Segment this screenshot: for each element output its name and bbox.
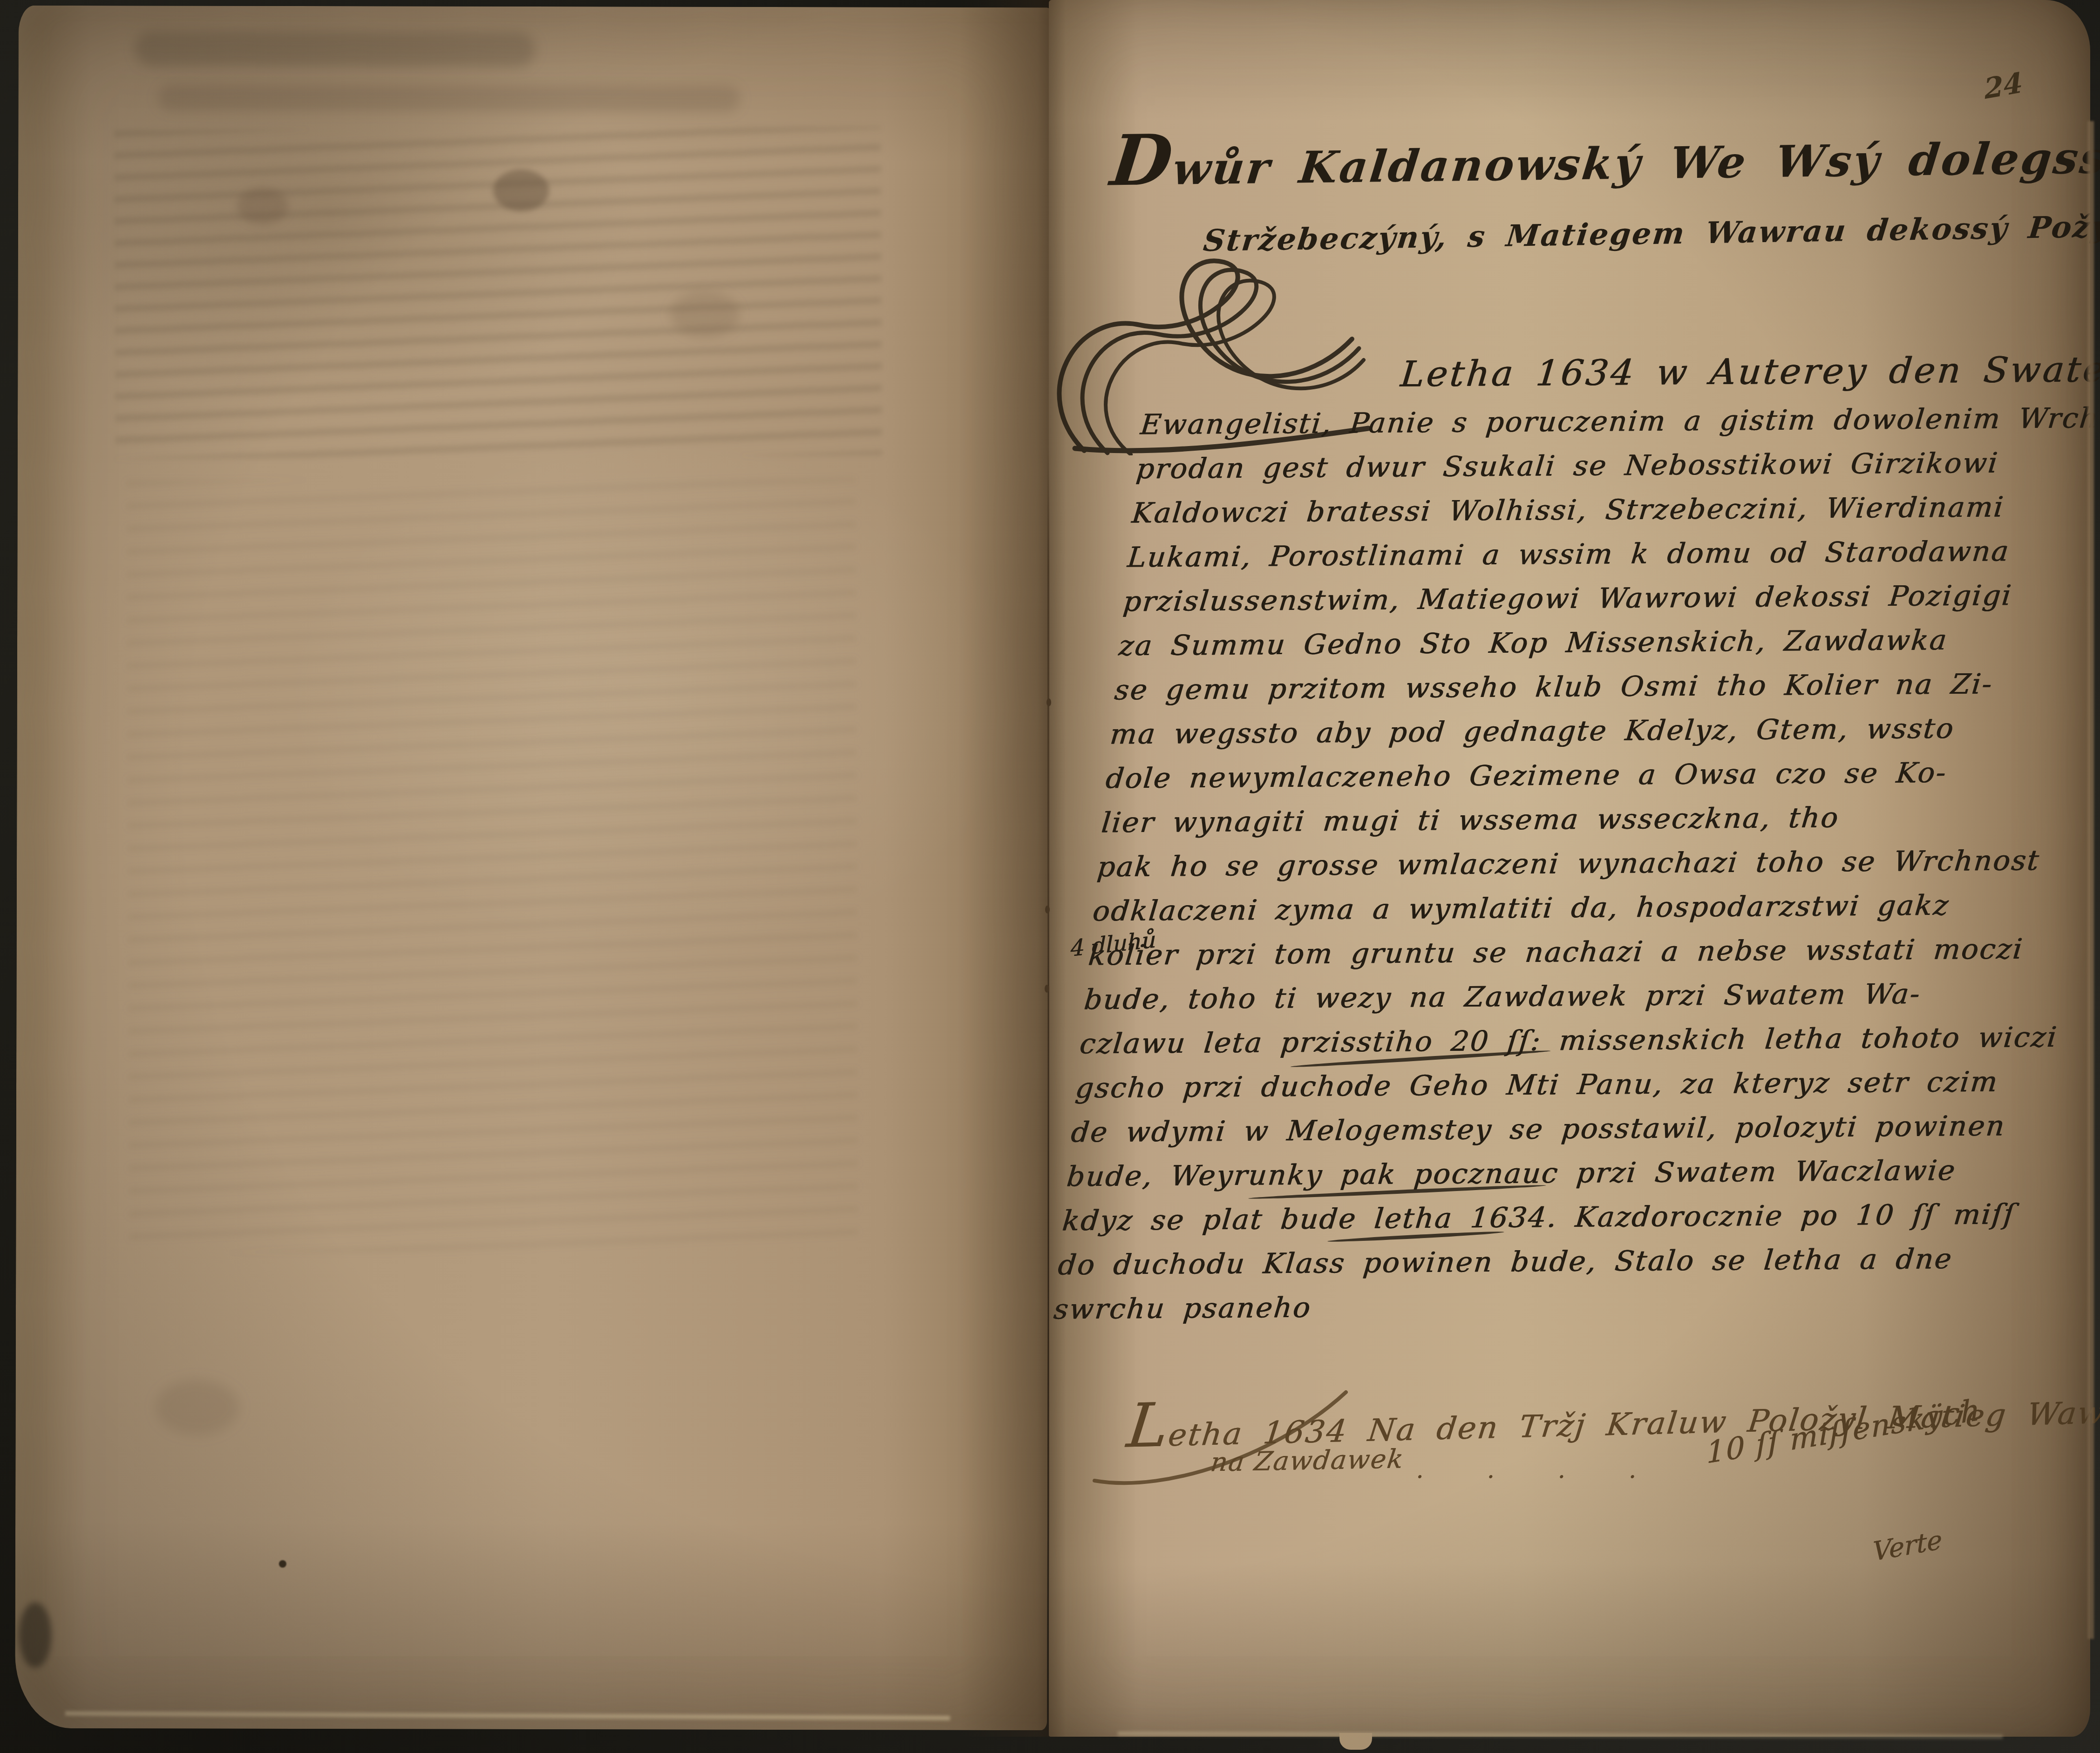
page-edge <box>2087 121 2094 1639</box>
paper-stain <box>237 188 288 225</box>
manuscript-text-line: kolier przi tom gruntu se nachazi a nebs… <box>1086 927 2093 978</box>
bleed-through-heading <box>135 31 536 67</box>
manuscript-text-line: kdyz se plat bude letha 1634. Kazdoroczn… <box>1060 1192 2066 1243</box>
manuscript-text-line: odklaczeni zyma a wymlatiti da, hospodar… <box>1091 882 2097 934</box>
manuscript-text-line: lier wynagiti mugi ti wssema wsseczkna, … <box>1099 794 2100 845</box>
paper-stain <box>493 169 549 211</box>
manuscript-text-line: Kaldowczi bratessi Wolhissi, Strzebeczin… <box>1129 485 2100 536</box>
manuscript-text-line: pak ho se grosse wmlaczeni wynachazi toh… <box>1095 838 2100 889</box>
manuscript-text-line: do duchodu Klass powinen bude, Stalo se … <box>1056 1236 2062 1287</box>
manuscript-text-line: czlawu leta przisstiho 20 ſſ: missenskic… <box>1078 1015 2084 1066</box>
binding-stitch <box>1045 985 1049 993</box>
manuscript-text-line: gscho przi duchode Geho Mti Panu, za kte… <box>1073 1059 2080 1110</box>
ink-speck <box>279 1560 286 1568</box>
addendum-payment-label: na Zawdawek <box>1209 1444 1406 1477</box>
manuscript-text-line: bude, toho ti wezy na Zawdawek przi Swat… <box>1082 971 2088 1022</box>
bleed-through-heading <box>158 84 740 112</box>
manuscript-text-line: prodan gest dwur Ssukali se Nebosstikowi… <box>1134 440 2100 492</box>
binding-stitch <box>1045 906 1050 914</box>
bleed-through-text <box>126 478 858 1253</box>
paper-stain <box>670 291 740 338</box>
manuscript-text-line: de wdymi w Melogemstey se posstawil, pol… <box>1069 1103 2075 1155</box>
manuscript-text-line: bude, Weyrunky pak pocznauc przi Swatem … <box>1065 1148 2071 1199</box>
manuscript-text-line: przislussenstwim, Matiegowi Wawrowi deko… <box>1121 573 2100 624</box>
manuscript-text-line: Letha 1634 w Auterey den Swateho Marka <box>1142 342 2100 403</box>
manuscript-text-line: Lukami, Porostlinami a wssim k domu od S… <box>1125 529 2100 580</box>
paper-stain <box>155 1379 239 1435</box>
ink-smudge <box>19 1603 51 1668</box>
manuscript-left-page <box>15 6 1051 1731</box>
bleed-through-text <box>114 127 882 459</box>
manuscript-text-line: dole newymlaczeneho Gezimene a Owsa czo … <box>1104 750 2100 801</box>
manuscript-text-line: se gemu przitom wsseho klub Osmi tho Kol… <box>1112 662 2100 713</box>
manuscript-text-line: ma wegssto aby pod gednagte Kdelyz, Gtem… <box>1108 706 2100 757</box>
binding-seam <box>1047 447 1049 1639</box>
entry-heading-line-1: Dwůr Kaldanowský We Wsý dolegssý <box>1107 108 2100 202</box>
manuscript-body: Letha 1634 w Auterey den Swateho MarkaEw… <box>1052 342 2100 1332</box>
paper-tab <box>1339 1733 1372 1750</box>
addendum-dot-leaders: .... <box>1416 1455 1699 1484</box>
folio-number: 24 <box>1983 67 2024 106</box>
manuscript-text-line: za Summu Gedno Sto Kop Missenskich, Zawd… <box>1116 617 2100 669</box>
manuscript-text-line: Ewangelisti, Panie s poruczenim a gistim… <box>1138 396 2100 447</box>
manuscript-text-line: swrchu psaneho <box>1052 1280 2058 1332</box>
binding-stitch <box>1047 698 1051 706</box>
manuscript-scan: 24 Dwůr Kaldanowský We Wsý dolegssý Strž… <box>0 0 2100 1753</box>
